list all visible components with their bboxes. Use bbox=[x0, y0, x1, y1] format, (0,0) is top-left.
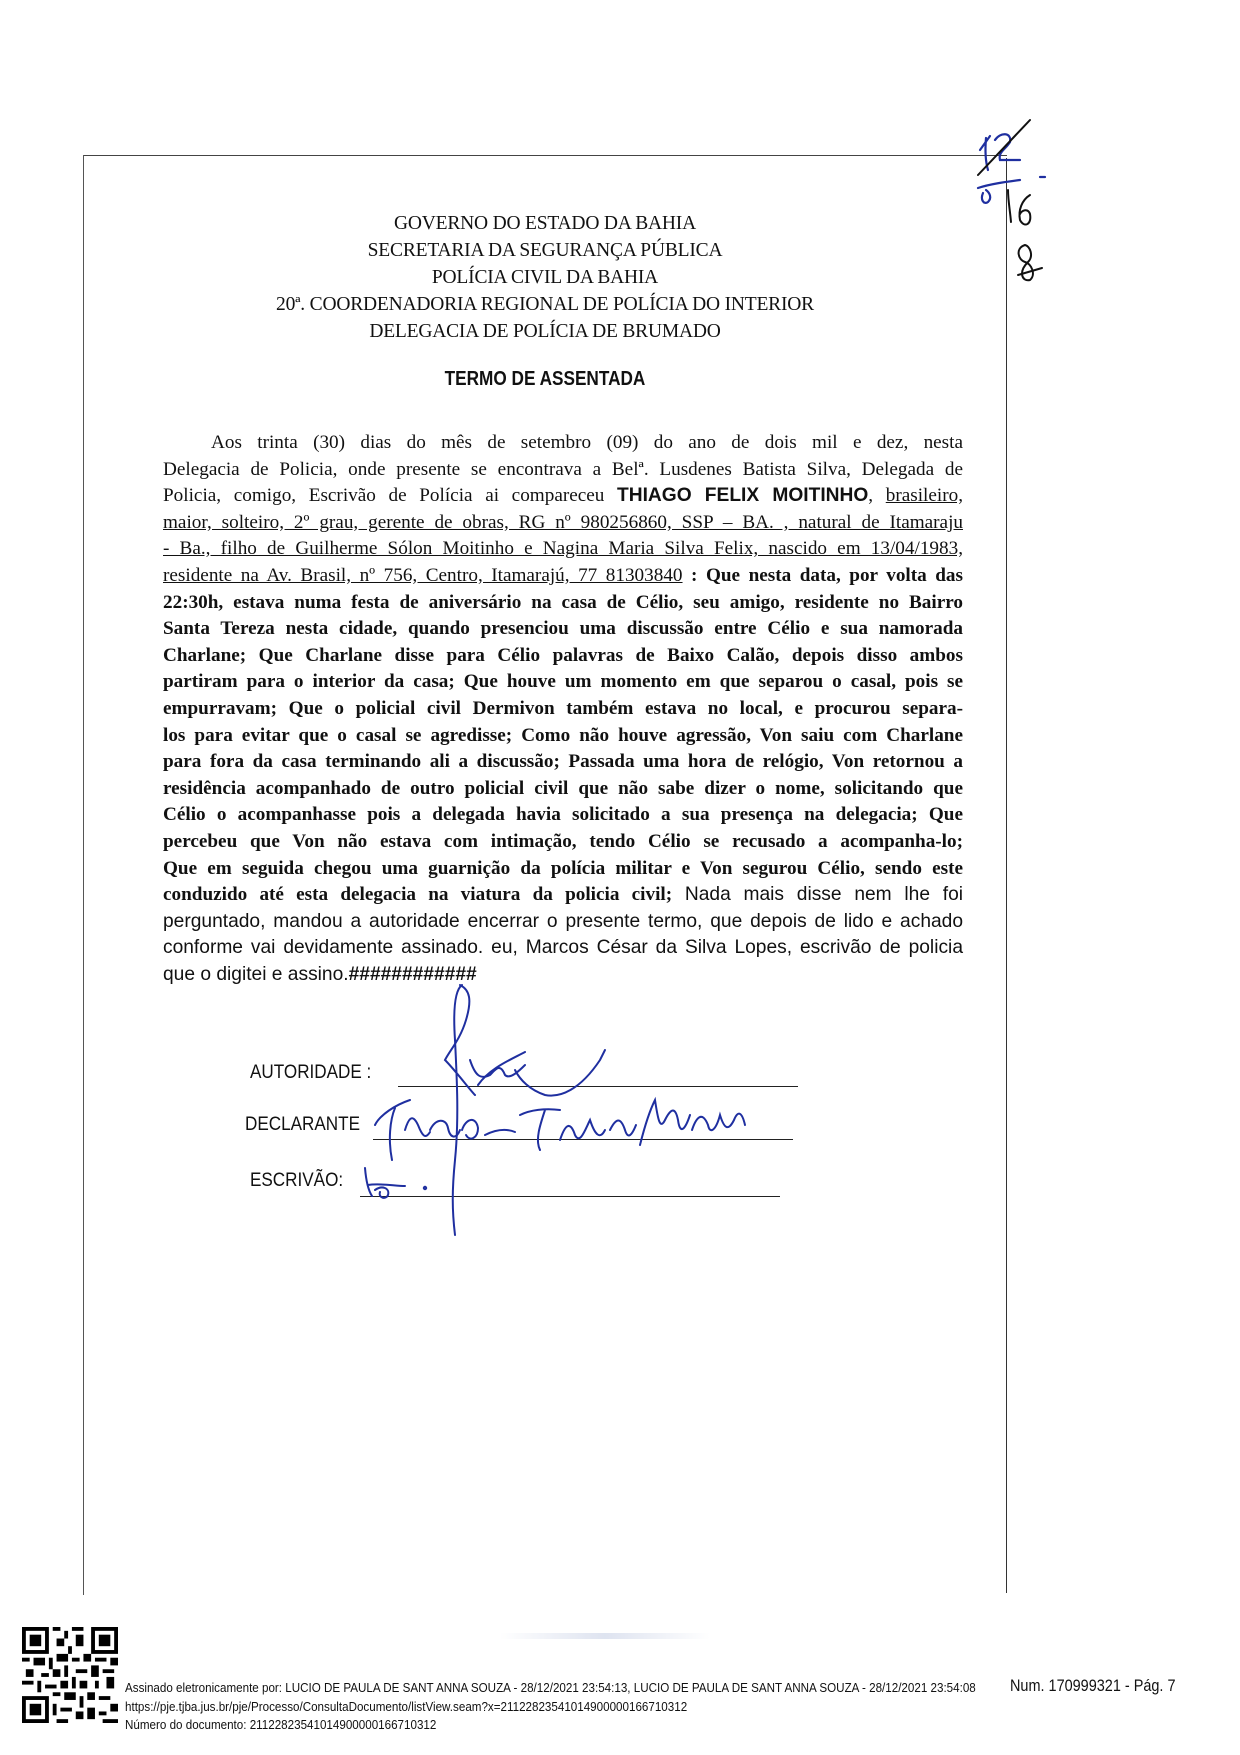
closing-hashes: ############ bbox=[349, 964, 477, 985]
scan-artifact bbox=[500, 1633, 710, 1639]
header-line: DELEGACIA DE POLÍCIA DE BRUMADO bbox=[120, 318, 970, 345]
document-frame-right bbox=[1006, 158, 1007, 1593]
header-line: 20ª. COORDENADORIA REGIONAL DE POLÍCIA D… bbox=[120, 291, 970, 318]
body-line: para fora da casa terminando ali a discu… bbox=[163, 749, 963, 776]
body-line: maior, solteiro, 2º grau, gerente de obr… bbox=[163, 510, 963, 537]
declarante-label: DECLARANTE bbox=[245, 1114, 360, 1136]
escrivao-label: ESCRIVÃO: bbox=[250, 1170, 343, 1192]
body-line: Que em seguida chegou uma guarnição da p… bbox=[163, 856, 963, 883]
body-line: Aos trinta (30) dias do mês de setembro … bbox=[163, 430, 963, 457]
body-line: Delegacia de Policia, onde presente se e… bbox=[163, 457, 963, 484]
escrivao-signature-line bbox=[360, 1196, 780, 1197]
document-header: GOVERNO DO ESTADO DA BAHIA SECRETARIA DA… bbox=[120, 210, 970, 345]
body-line: perguntado, mandou a autoridade encerrar… bbox=[163, 909, 963, 936]
document-body: Aos trinta (30) dias do mês de setembro … bbox=[163, 430, 963, 988]
header-line: POLÍCIA CIVIL DA BAHIA bbox=[120, 264, 970, 291]
body-line: los para evitar que o casal se agredisse… bbox=[163, 723, 963, 750]
body-line: - Ba., filho de Guilherme Sólon Moitinho… bbox=[163, 536, 963, 563]
header-line: GOVERNO DO ESTADO DA BAHIA bbox=[120, 210, 970, 237]
body-line: empurravam; Que o policial civil Dermivo… bbox=[163, 696, 963, 723]
body-line: Charlane; Que Charlane disse para Célio … bbox=[163, 643, 963, 670]
declarante-signature-line bbox=[373, 1139, 793, 1140]
body-line: conforme vai devidamente assinado. eu, M… bbox=[163, 935, 963, 962]
body-text-fragment: conduzido até esta delegacia na viatura … bbox=[163, 884, 672, 905]
body-line: partiram para o interior da casa; Que ho… bbox=[163, 669, 963, 696]
body-line: Célio o acompanhasse pois a delegada hav… bbox=[163, 802, 963, 829]
footer-page-reference: Num. 170999321 - Pág. 7 bbox=[1010, 1676, 1175, 1696]
body-text-fragment: brasileiro, bbox=[886, 485, 963, 506]
document-frame-top bbox=[83, 155, 1007, 156]
body-text-fragment: que o digitei e assino. bbox=[163, 964, 349, 985]
autoridade-label: AUTORIDADE : bbox=[250, 1062, 371, 1084]
body-line: conduzido até esta delegacia na viatura … bbox=[163, 882, 963, 909]
body-line: 22:30h, estava numa festa de aniversário… bbox=[163, 590, 963, 617]
body-line: residente na Av. Brasil, nº 756, Centro,… bbox=[163, 563, 963, 590]
document-title: TERMO DE ASSENTADA bbox=[180, 368, 911, 391]
body-line: percebeu que Von não estava com intimaçã… bbox=[163, 829, 963, 856]
body-text-fragment: residente na Av. Brasil, nº 756, Centro,… bbox=[163, 565, 683, 586]
declarant-name: THIAGO FELIX MOITINHO bbox=[617, 485, 868, 506]
qr-code-icon[interactable] bbox=[22, 1626, 118, 1724]
footer-signed-by: Assinado eletronicamente por: LUCIO DE P… bbox=[125, 1681, 976, 1695]
footer-document-number: Número do documento: 2112282354101490000… bbox=[125, 1718, 436, 1732]
footer-url[interactable]: https://pje.tjba.jus.br/pje/Processo/Con… bbox=[125, 1700, 687, 1714]
body-text-fragment: , bbox=[868, 485, 885, 506]
body-line: que o digitei e assino.############ bbox=[163, 962, 963, 989]
autoridade-signature-line bbox=[398, 1086, 798, 1087]
body-line: Policia, comigo, Escrivão de Polícia ai … bbox=[163, 483, 963, 510]
document-frame-left bbox=[83, 155, 84, 1595]
body-line: Santa Tereza nesta cidade, quando presen… bbox=[163, 616, 963, 643]
body-text-fragment: Policia, comigo, Escrivão de Polícia ai … bbox=[163, 485, 617, 506]
header-line: SECRETARIA DA SEGURANÇA PÚBLICA bbox=[120, 237, 970, 264]
body-text-fragment: : Que nesta data, por volta das bbox=[683, 565, 963, 586]
body-line: residência acompanhado de outro policial… bbox=[163, 776, 963, 803]
body-text-fragment: Nada mais disse nem lhe foi bbox=[672, 884, 963, 905]
